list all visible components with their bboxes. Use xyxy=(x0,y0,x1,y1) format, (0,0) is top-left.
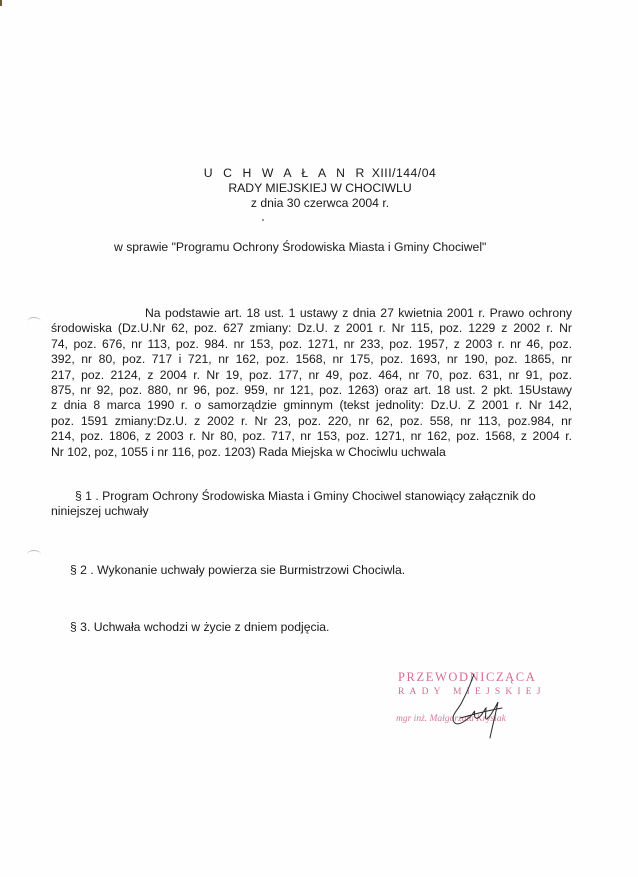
legal-basis-line: poz. 1591 zmiany:Dz.U. z 2002 r. Nr 23, … xyxy=(51,414,572,429)
legal-basis-paragraph: Na podstawie art. 18 ust. 1 ustawy z dni… xyxy=(51,306,572,460)
resolution-date: z dnia 30 czerwca 2004 r. xyxy=(200,196,440,211)
section-1-line: § 1 . Program Ochrony Środowiska Miasta … xyxy=(51,489,536,504)
legal-basis-line: Na podstawie art. 18 ust. 1 ustawy z dni… xyxy=(51,306,572,321)
scanned-document-page: U C H W A Ł A N R XIII/144/04 RADY MIEJS… xyxy=(0,0,638,877)
legal-basis-line: 875, nr 92, poz. 880, nr 96, poz. 959, n… xyxy=(51,383,572,398)
resolution-subject: w sprawie "Programu Ochrony Środowiska M… xyxy=(114,240,486,254)
resolution-title: U C H W A Ł A N R XIII/144/04 xyxy=(200,166,440,181)
legal-basis-line: 392, nr 80, poz. 717 i 721, nr 162, poz.… xyxy=(51,352,572,367)
legal-basis-line: 217, poz. 2124, z 2004 r. Nr 19, poz. 17… xyxy=(51,368,572,383)
section-1: § 1 . Program Ochrony Środowiska Miasta … xyxy=(51,489,536,520)
resolution-number: XIII/144/04 xyxy=(372,166,436,180)
resolution-title-label: U C H W A Ł A N R xyxy=(204,166,368,180)
punch-hole-mark xyxy=(27,317,41,326)
section-1-line: niniejszej uchwały xyxy=(51,504,149,518)
legal-basis-line: środowiska (Dz.U.Nr 62, poz. 627 zmiany:… xyxy=(51,321,572,336)
scan-speck xyxy=(262,219,264,221)
legal-basis-line: z dnia 8 marca 1990 r. o samorządzie gmi… xyxy=(51,398,572,413)
legal-basis-line: 214, poz. 1806, z 2003 r. Nr 80, poz. 71… xyxy=(51,429,572,444)
issuing-council: RADY MIEJSKIEJ W CHOCIWLU xyxy=(200,181,440,196)
legal-basis-line: 74, poz. 676, nr 113, poz. 984. nr 153, … xyxy=(51,337,572,352)
punch-hole-mark xyxy=(27,550,41,559)
resolution-header: U C H W A Ł A N R XIII/144/04 RADY MIEJS… xyxy=(200,166,440,211)
section-2: § 2 . Wykonanie uchwały powierza sie Bur… xyxy=(70,563,405,578)
handwritten-signature xyxy=(440,672,510,742)
scan-artifact xyxy=(0,0,2,6)
section-3: § 3. Uchwała wchodzi w życie z dniem pod… xyxy=(70,620,329,635)
legal-basis-line: Nr 102, poz, 1055 i nr 116, poz. 1203) R… xyxy=(51,445,572,460)
